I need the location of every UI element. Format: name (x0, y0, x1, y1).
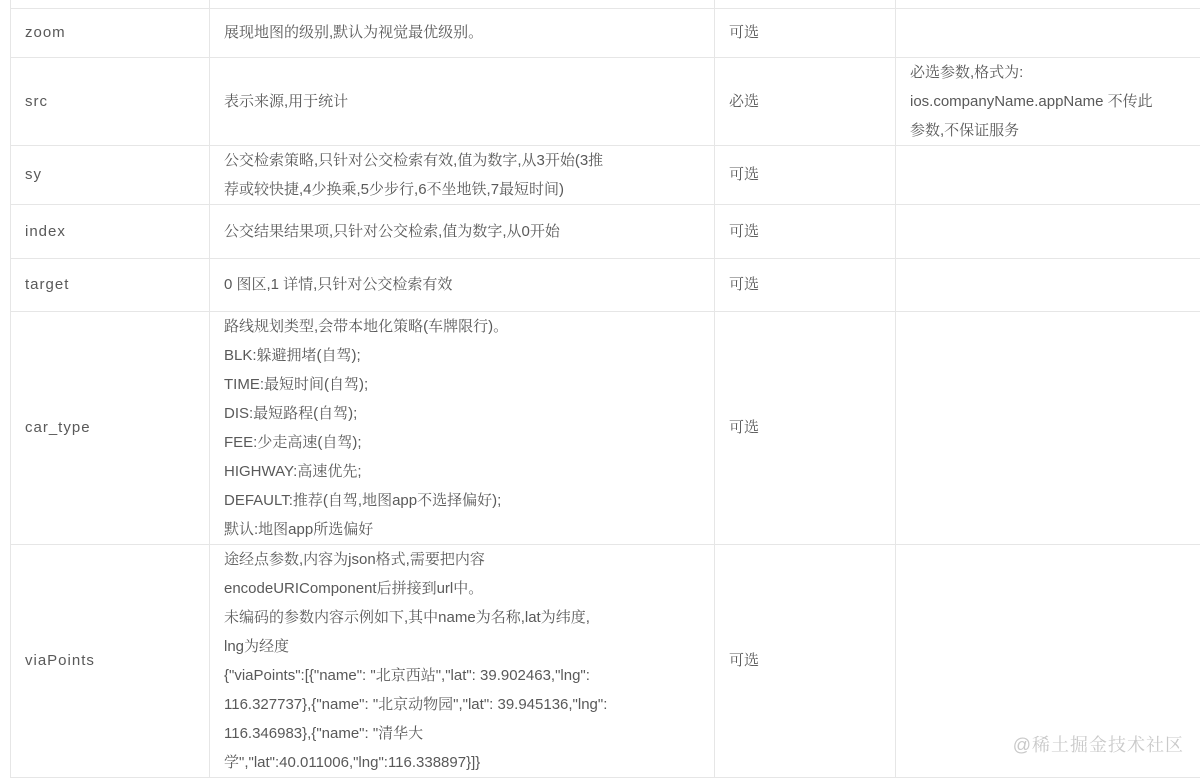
note-cell (896, 204, 1200, 258)
required-cell: 可选 (715, 145, 896, 204)
table-row: src 表示来源,用于统计 必选 必选参数,格式为: ios.companyNa… (11, 57, 1200, 145)
note-cell: 必选参数,格式为: ios.companyName.appName 不传此 参数… (896, 57, 1200, 145)
note-cell (896, 8, 1200, 57)
table-row: zoom 展现地图的级别,默认为视觉最优级别。 可选 (11, 8, 1200, 57)
param-cell: src (11, 57, 210, 145)
required-cell: 必选 (715, 57, 896, 145)
param-cell: viaPoints (11, 544, 210, 777)
param-cell: zoom (11, 8, 210, 57)
description-cell: 公交结果结果项,只针对公交检索,值为数字,从0开始 (210, 204, 715, 258)
description-cell: 途经点参数,内容为json格式,需要把内容 encodeURIComponent… (210, 544, 715, 777)
description-cell (210, 0, 715, 8)
param-cell: car_type (11, 311, 210, 544)
param-cell: index (11, 204, 210, 258)
note-cell (896, 0, 1200, 8)
note-cell (896, 145, 1200, 204)
watermark: @稀土掘金技术社区 (1013, 731, 1184, 757)
description-cell: 展现地图的级别,默认为视觉最优级别。 (210, 8, 715, 57)
description-cell: 路线规划类型,会带本地化策略(车牌限行)。 BLK:躲避拥堵(自驾); TIME… (210, 311, 715, 544)
required-cell: 可选 (715, 204, 896, 258)
params-table: zoom 展现地图的级别,默认为视觉最优级别。 可选 src 表示来源,用于统计… (10, 0, 1200, 778)
description-cell: 0 图区,1 详情,只针对公交检索有效 (210, 258, 715, 311)
required-cell (715, 0, 896, 8)
table-row: sy 公交检索策略,只针对公交检索有效,值为数字,从3开始(3推 荐或较快捷,4… (11, 145, 1200, 204)
required-cell: 可选 (715, 311, 896, 544)
required-cell: 可选 (715, 544, 896, 777)
param-cell: target (11, 258, 210, 311)
params-table-wrap: zoom 展现地图的级别,默认为视觉最优级别。 可选 src 表示来源,用于统计… (10, 0, 1200, 781)
param-cell (11, 0, 210, 8)
note-cell (896, 258, 1200, 311)
description-cell: 表示来源,用于统计 (210, 57, 715, 145)
required-cell: 可选 (715, 258, 896, 311)
table-row: target 0 图区,1 详情,只针对公交检索有效 可选 (11, 258, 1200, 311)
required-cell: 可选 (715, 8, 896, 57)
param-cell: sy (11, 145, 210, 204)
table-row: car_type 路线规划类型,会带本地化策略(车牌限行)。 BLK:躲避拥堵(… (11, 311, 1200, 544)
table-row-partial (11, 0, 1200, 8)
table-row: index 公交结果结果项,只针对公交检索,值为数字,从0开始 可选 (11, 204, 1200, 258)
description-cell: 公交检索策略,只针对公交检索有效,值为数字,从3开始(3推 荐或较快捷,4少换乘… (210, 145, 715, 204)
note-cell (896, 311, 1200, 544)
